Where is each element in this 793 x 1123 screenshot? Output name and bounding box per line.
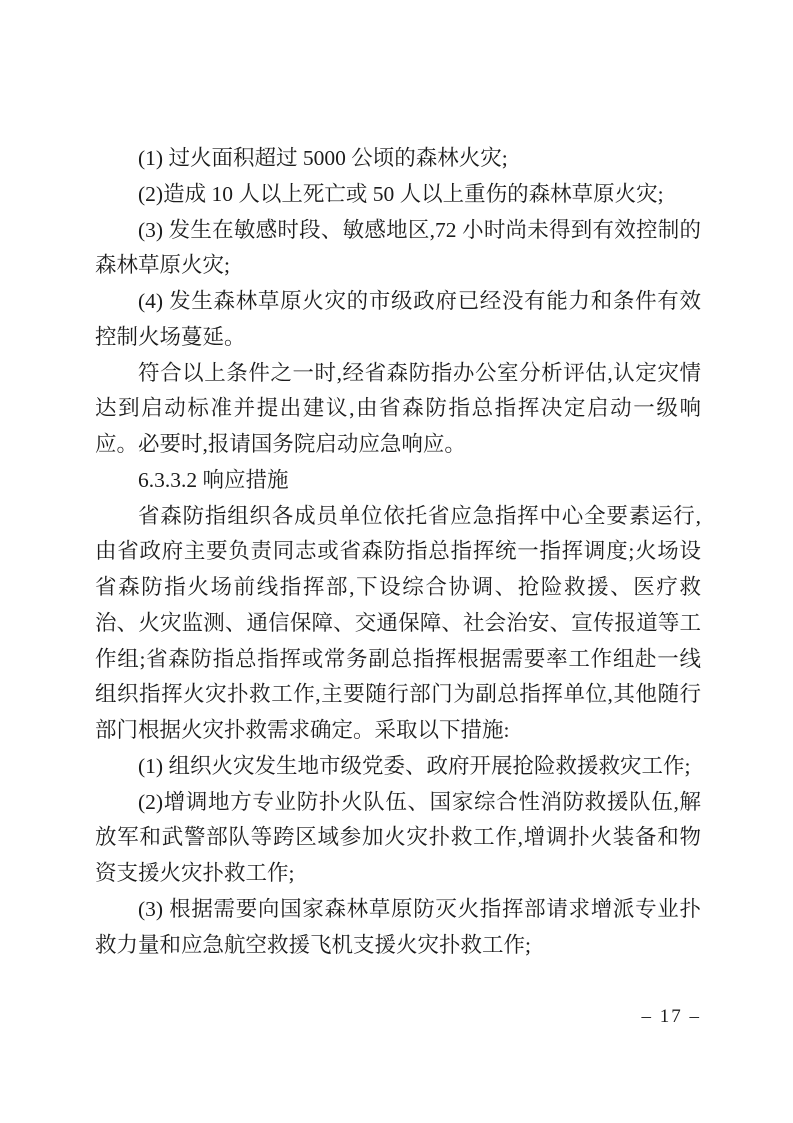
list-item-4: (4) 发生森林草原火灾的市级政府已经没有能力和条件有效控制火场蔓延。 bbox=[95, 284, 701, 356]
body-paragraph-measures: 省森防指组织各成员单位依托省应急指挥中心全要素运行,由省政府主要负责同志或省森防… bbox=[95, 499, 701, 749]
list-item-2: (2)造成 10 人以上死亡或 50 人以上重伤的森林草原火灾; bbox=[95, 177, 701, 213]
list-item-3: (3) 发生在敏感时段、敏感地区,72 小时尚未得到有效控制的森林草原火灾; bbox=[95, 213, 701, 285]
measure-item-1: (1) 组织火灾发生地市级党委、政府开展抢险救援救灾工作; bbox=[95, 749, 701, 785]
list-item-1: (1) 过火面积超过 5000 公顷的森林火灾; bbox=[95, 141, 701, 177]
document-body: (1) 过火面积超过 5000 公顷的森林火灾; (2)造成 10 人以上死亡或… bbox=[95, 141, 701, 963]
measure-item-2: (2)增调地方专业防扑火队伍、国家综合性消防救援队伍,解放军和武警部队等跨区域参… bbox=[95, 785, 701, 892]
section-heading: 6.3.3.2 响应措施 bbox=[95, 463, 701, 499]
body-paragraph-activation: 符合以上条件之一时,经省森防指办公室分析评估,认定灾情达到启动标准并提出建议,由… bbox=[95, 356, 701, 463]
document-page: (1) 过火面积超过 5000 公顷的森林火灾; (2)造成 10 人以上死亡或… bbox=[0, 0, 793, 1123]
measure-item-3: (3) 根据需要向国家森林草原防灭火指挥部请求增派专业扑救力量和应急航空救援飞机… bbox=[95, 892, 701, 964]
page-number: – 17 – bbox=[642, 1005, 702, 1029]
